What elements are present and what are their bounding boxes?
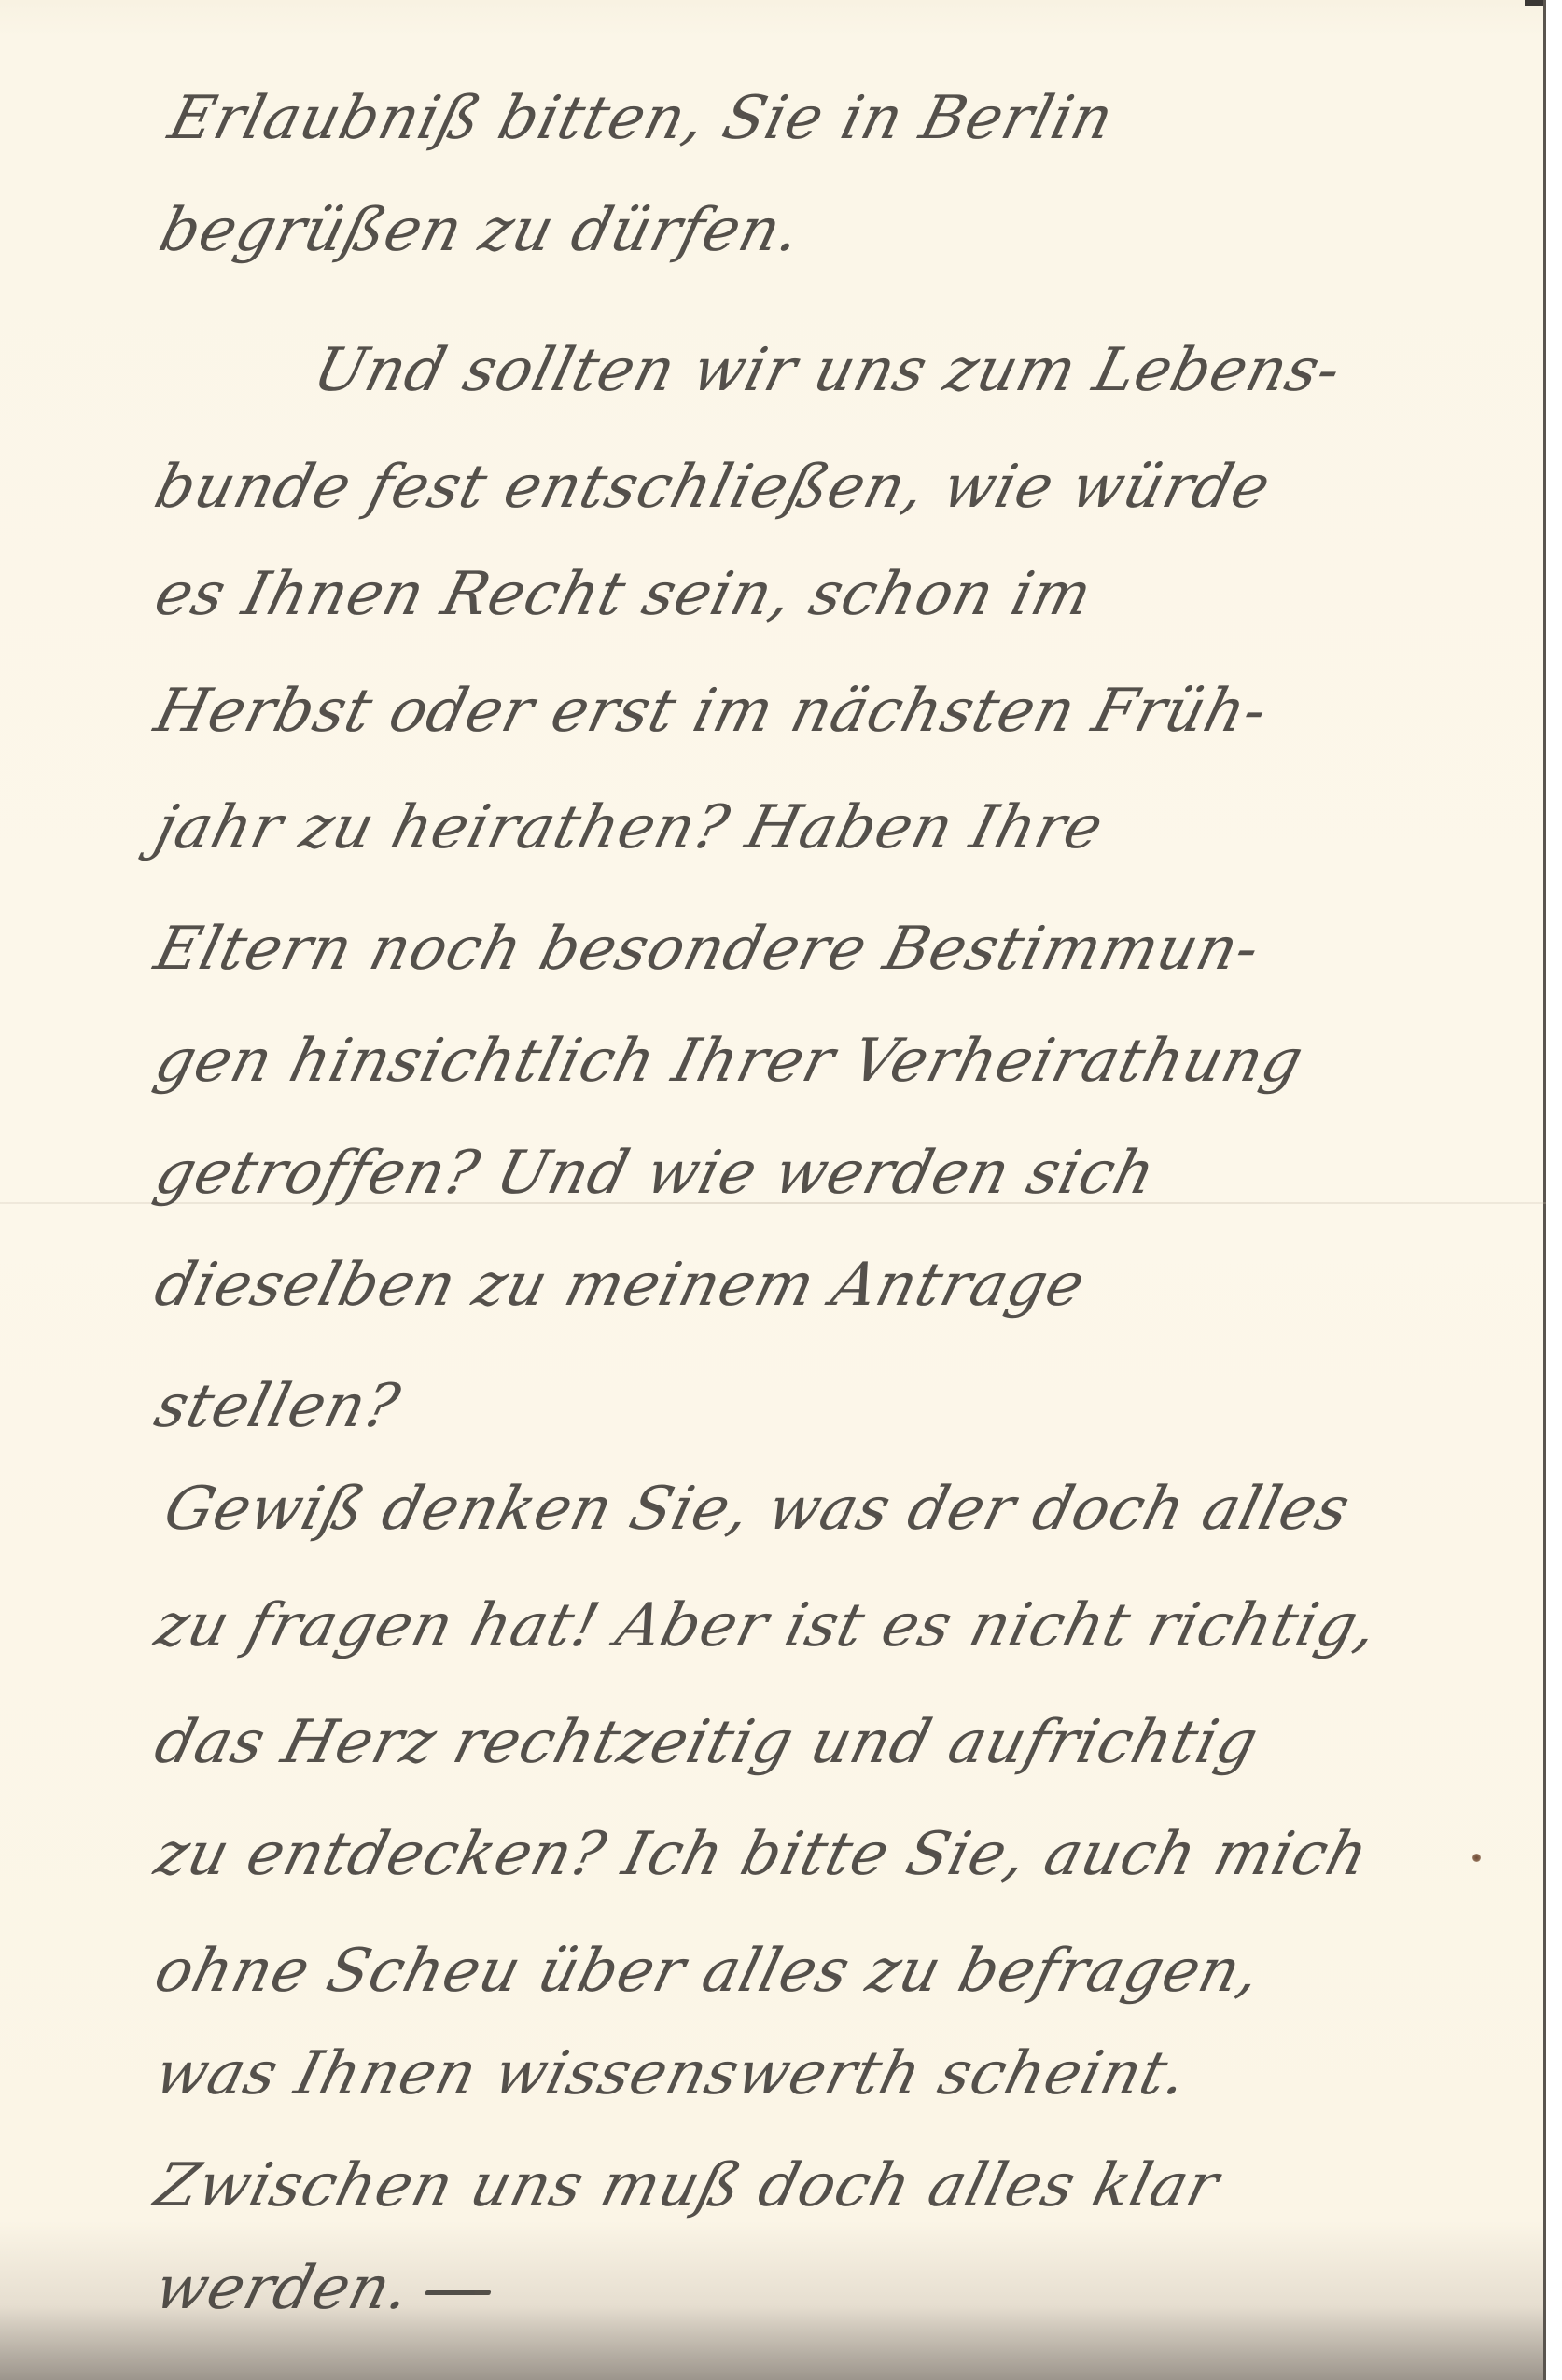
handwritten-line: Herbst oder erst im nächsten Früh- xyxy=(149,681,1274,741)
handwritten-line: stellen? xyxy=(149,1377,406,1436)
handwritten-line: Gewiß denken Sie, was der doch alles xyxy=(159,1479,1356,1539)
handwritten-line: bunde fest entschließen, wie würde xyxy=(149,457,1276,517)
handwritten-line: zu fragen hat! Aber ist es nicht richtig… xyxy=(149,1596,1384,1656)
handwritten-line: das Herz rechtzeitig und aufrichtig xyxy=(149,1713,1264,1772)
page-edge-shadow xyxy=(1525,0,1543,6)
handwritten-line: begrüßen zu dürfen. xyxy=(154,201,807,260)
letter-page: Erlaubniß bitten, Sie in Berlin begrüßen… xyxy=(0,0,1546,2380)
handwritten-line-final: werden. xyxy=(149,2259,499,2318)
handwritten-line: es Ihnen Recht sein, schon im xyxy=(149,565,1098,624)
handwritten-line: gen hinsichtlich Ihrer Verheirathung xyxy=(149,1031,1309,1091)
handwritten-line: Eltern noch besondere Bestimmun- xyxy=(149,919,1266,979)
handwritten-line: jahr zu heirathen? Haben Ihre xyxy=(149,798,1109,858)
handwritten-line: Zwischen uns muß doch alles klar xyxy=(149,2156,1225,2216)
handwritten-line: dieselben zu meinem Antrage xyxy=(149,1255,1091,1315)
handwritten-line: zu entdecken? Ich bitte Sie, auch mich xyxy=(149,1825,1374,1884)
handwritten-line-text: werden. xyxy=(148,2254,418,2323)
closing-dash xyxy=(425,2290,491,2295)
handwritten-line: ohne Scheu über alles zu befragen, xyxy=(149,1941,1267,2001)
handwritten-line: was Ihnen wissenswerth scheint. xyxy=(149,2044,1193,2104)
paper-stain xyxy=(1472,1854,1481,1862)
handwritten-line: Und sollten wir uns zum Lebens- xyxy=(308,341,1347,400)
handwritten-line: Erlaubniß bitten, Sie in Berlin xyxy=(163,89,1120,148)
handwritten-line: getroffen? Und wie werden sich xyxy=(149,1143,1162,1203)
